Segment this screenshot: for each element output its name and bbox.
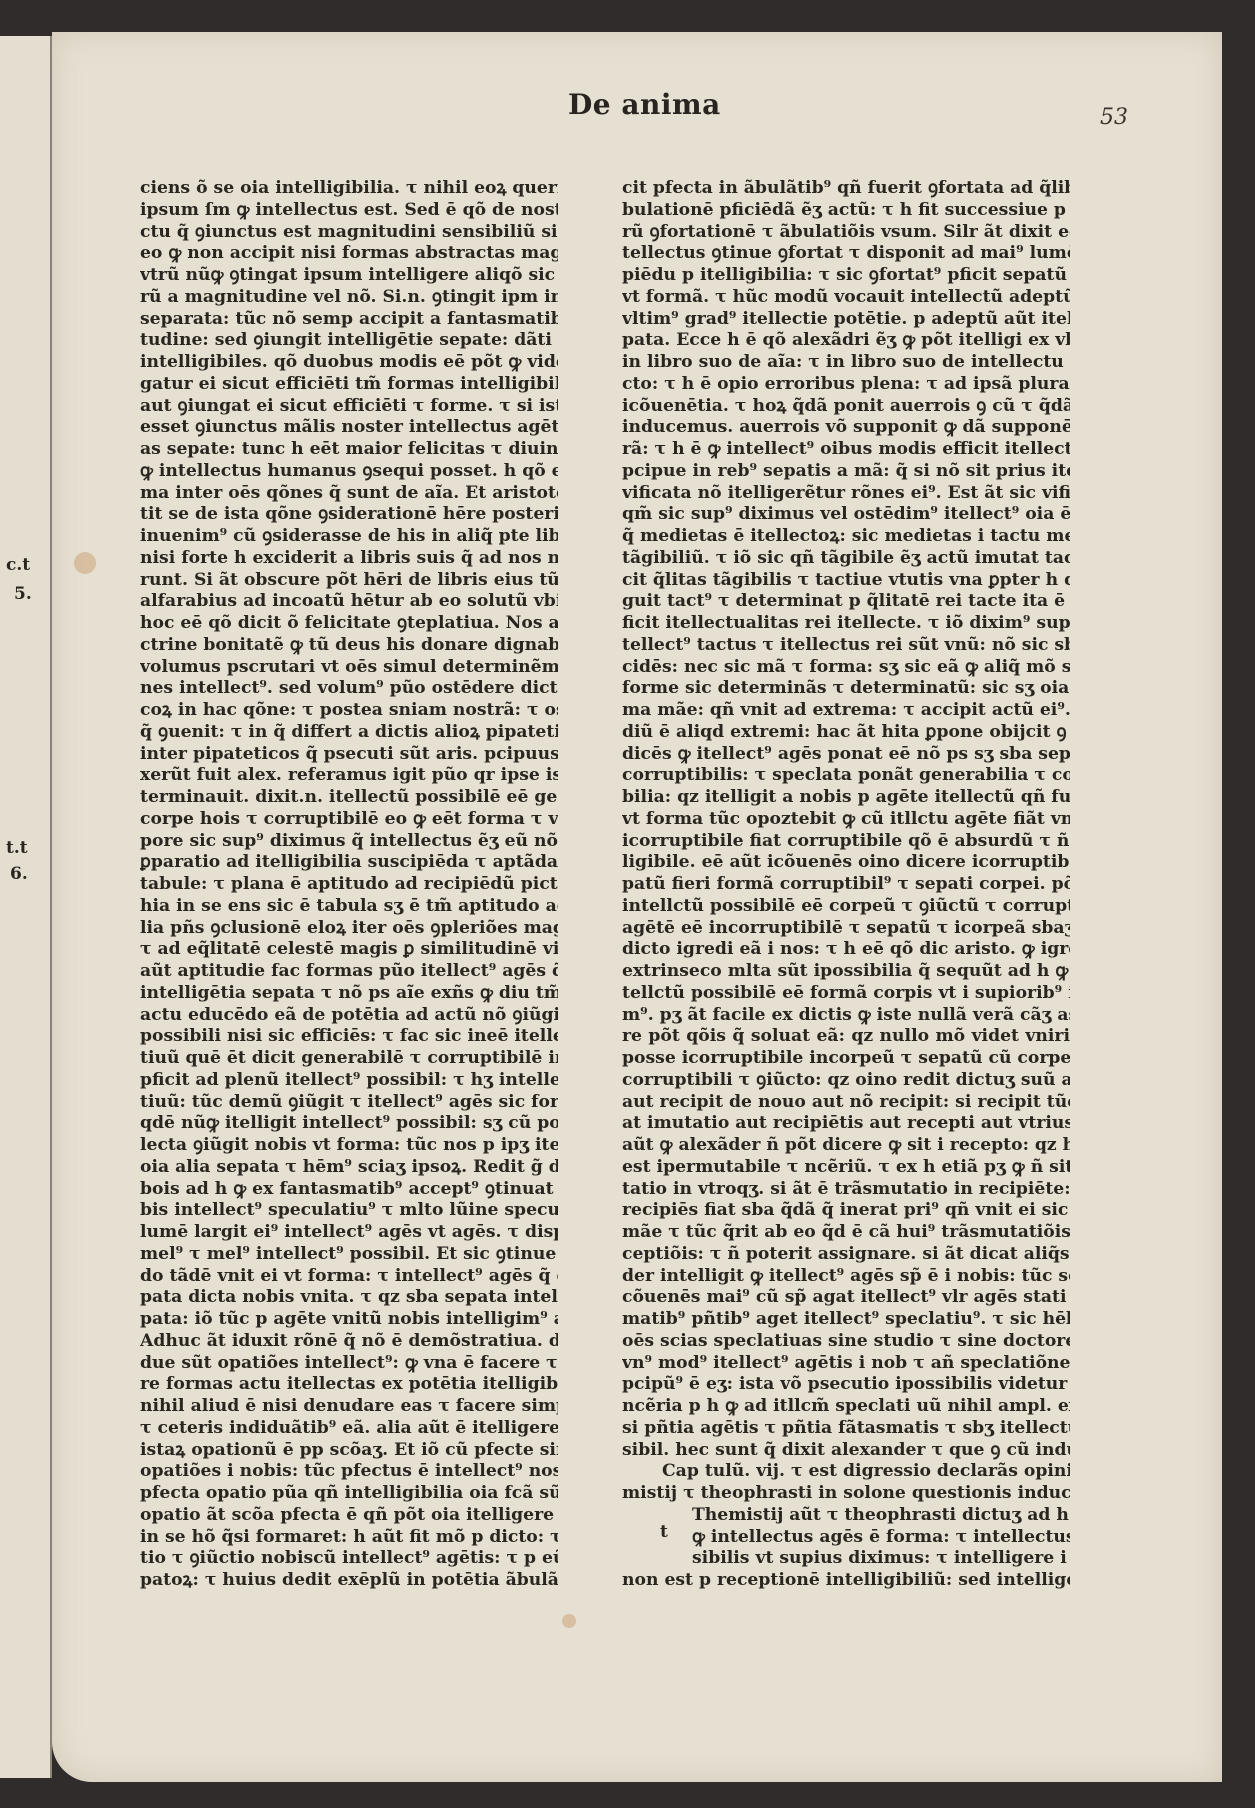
text-line: re formas actu itellectas ex potētia ite…	[140, 1374, 558, 1396]
text-line: eo ꝙ non accipit nisi formas abstractas …	[140, 243, 558, 265]
text-line: gatur ei sicut efficiēti tm̃ formas inte…	[140, 374, 558, 396]
text-line: vltim⁹ grad⁹ itellectie potētie. p adept…	[622, 309, 1070, 331]
text-line: intelligibiles. qõ duobus modis eē põt ꝙ…	[140, 352, 558, 374]
text-line: tellect⁹ tactus τ itellectus rei sũt vnũ…	[622, 635, 1070, 657]
text-line: aũt ꝙ alexãder ñ põt dicere ꝙ sit i rece…	[622, 1135, 1070, 1157]
text-line: piēdu p itelligibilia: τ sic ꝯfortat⁹ pf…	[622, 265, 1070, 287]
text-line: patũ fieri formã corruptibil⁹ τ sepati c…	[622, 874, 1070, 896]
text-line: opatio ãt scõa pfecta ē qñ põt oia itell…	[140, 1505, 558, 1527]
text-line: matib⁹ pñtib⁹ aget itellect⁹ speclatiu⁹.…	[622, 1309, 1070, 1331]
text-line: qdē nũꝙ itelligit intellect⁹ possibil: s…	[140, 1113, 558, 1135]
foxing-stain	[74, 552, 96, 574]
text-line: dicēs ꝙ itellect⁹ agēs ponat eē nõ ps sʒ…	[622, 744, 1070, 766]
marginal-note: 5.	[14, 584, 32, 604]
text-line: nisi forte h exciderit a libris suis q̃ …	[140, 548, 558, 570]
text-line: do tãdē vnit ei vt forma: τ intellect⁹ a…	[140, 1266, 558, 1288]
text-line: pata dicta nobis vnita. τ qz sba sepata …	[140, 1287, 558, 1309]
text-line: lecta ꝯiũgit nobis vt forma: tũc nos p i…	[140, 1135, 558, 1157]
text-line: due sũt opatiões intellect⁹: ꝙ vna ē fac…	[140, 1353, 558, 1375]
text-line: q̃ medietas ē itellectoꝝ: sic medietas i…	[622, 526, 1070, 548]
text-line: cõuenēs mai⁹ cũ sp̃ agat itellect⁹ vlr a…	[622, 1287, 1070, 1309]
text-line: patoꝝ: τ huius dedit exēplũ in potētia ã…	[140, 1570, 558, 1592]
text-line: vt forma tũc opoztebit ꝙ cũ itllctu agēt…	[622, 809, 1070, 831]
text-line: vtrũ nũꝙ ꝯtingat ipsum intelligere aliqõ…	[140, 265, 558, 287]
text-line: recipiēs fiat sba q̃dã q̃ inerat pri⁹ qñ…	[622, 1200, 1070, 1222]
text-line: ctu q̃ ꝯiunctus est magnitudini sensibil…	[140, 222, 558, 244]
text-line: inducemus. auerrois võ supponit ꝙ dã sup…	[622, 417, 1070, 439]
text-line: ꝙ intellectus agēs ē forma: τ intellectu…	[622, 1527, 1070, 1549]
text-line: tiuũ: tũc demũ ꝯiũgit τ itellect⁹ agēs s…	[140, 1092, 558, 1114]
running-head: De anima	[568, 88, 721, 121]
text-line: vificata nõ itelligerẽtur rõnes ei⁹. Est…	[622, 483, 1070, 505]
text-line: Adhuc ãt iduxit rõnē q̃ nõ ē demõstratiu…	[140, 1331, 558, 1353]
text-line: intellctũ possibilē eē corpeũ τ ꝯiũctũ τ…	[622, 896, 1070, 918]
text-line: ctrine bonitatẽ ꝙ tũ deus his donare dig…	[140, 635, 558, 657]
text-line: tio τ ꝯiũctio nobiscũ intellect⁹ agētis:…	[140, 1548, 558, 1570]
text-line: terminauit. dixit.n. itellectũ possibilē…	[140, 787, 558, 809]
text-line: lumē largit ei⁹ intellect⁹ agēs vt agēs.…	[140, 1222, 558, 1244]
text-line: ꝑparatio ad itelligibilia suscipiēda τ a…	[140, 852, 558, 874]
text-line: tãgibiliũ. τ iõ sic qñ tãgibile ẽʒ actũ …	[622, 548, 1070, 570]
text-line: vt formã. τ hũc modũ vocauit intellectũ …	[622, 287, 1070, 309]
text-line: mãe τ tũc q̃rit ab eo q̃d ē cã hui⁹ trãs…	[622, 1222, 1070, 1244]
text-line: istaꝝ opationũ ē pp scõaʒ. Et iõ cũ pfec…	[140, 1440, 558, 1462]
text-line: at imutatio aut recipiētis aut recepti a…	[622, 1113, 1070, 1135]
text-line: si pñtia agētis τ pñtia fãtasmatis τ sbʒ…	[622, 1418, 1070, 1440]
text-line: cit pfecta in ãbulãtib⁹ qñ fuerit ꝯforta…	[622, 178, 1070, 200]
text-line: mistij τ theophrasti in solone questioni…	[622, 1483, 1070, 1505]
text-line: alfarabius ad incoatũ hētur ab eo solutũ…	[140, 591, 558, 613]
left-text-column: ciens õ se oia intelligibilia. τ nihil e…	[140, 178, 558, 1592]
text-line: tellctũ possibilē eē formã corpis vt i s…	[622, 983, 1070, 1005]
text-line: pata. Ecce h ē qõ alexãdri ẽʒ ꝙ põt itel…	[622, 330, 1070, 352]
text-line: ncẽria p h ꝙ ad itllcm̃ speclati uũ nihi…	[622, 1396, 1070, 1418]
text-line: oia alia sepata τ hēm⁹ sciaʒ ipsoꝝ. Redi…	[140, 1157, 558, 1179]
text-line: pcipũ⁹ ē eʒ: ista võ psecutio ipossibili…	[622, 1374, 1070, 1396]
text-line: ficit itellectualitas rei itellecte. τ i…	[622, 613, 1070, 635]
text-line: sibil. hec sunt q̃ dixit alexander τ que…	[622, 1440, 1070, 1462]
text-line: rũ a magnitudine vel nõ. Si.n. ꝯtingit i…	[140, 287, 558, 309]
marginal-note: t.t	[6, 838, 28, 858]
text-line: guit tact⁹ τ determinat p q̃litatē rei t…	[622, 591, 1070, 613]
text-line: nes intellect⁹. sed volum⁹ pũo ostēdere …	[140, 678, 558, 700]
text-line: tellectus ꝯtinue ꝯfortat τ disponit ad m…	[622, 243, 1070, 265]
text-line: corpe hois τ corruptibilē eo ꝙ eēt forma…	[140, 809, 558, 831]
text-line: actu educēdo eã de potētia ad actũ nõ ꝯi…	[140, 1005, 558, 1027]
text-line: re põt qõis q̃ soluat eã: qz nullo mõ vi…	[622, 1026, 1070, 1048]
text-line: ma inter oēs qõnes q̃ sunt de aĩa. Et ar…	[140, 483, 558, 505]
text-line: pficit ad plenũ itellect⁹ possibil: τ hʒ…	[140, 1070, 558, 1092]
text-line: opatiões i nobis: tũc pfectus ē intellec…	[140, 1461, 558, 1483]
text-line: Themistij aũt τ theophrasti dictuʒ ad h …	[622, 1505, 1070, 1527]
text-line: tudine: sed ꝯiungit intelligētie sepate:…	[140, 330, 558, 352]
text-line: ipsum ſm ꝙ intellectus est. Sed ē qõ de …	[140, 200, 558, 222]
text-line: non est p receptionē intelligibiliũ: sed…	[622, 1570, 1070, 1592]
text-line: icorruptibile fiat corruptibile qõ ē abs…	[622, 831, 1070, 853]
text-line: runt. Si ãt obscure põt hēri de libris e…	[140, 570, 558, 592]
text-line: aut ꝯiungat ei sicut efficiēti τ forme. …	[140, 396, 558, 418]
text-line: forme sic determinãs τ determinatũ: sic …	[622, 678, 1070, 700]
text-line: posse icorruptibile incorpeũ τ sepatũ cũ…	[622, 1048, 1070, 1070]
text-line: pata: iõ tũc p agēte vnitũ nobis intelli…	[140, 1309, 558, 1331]
text-line: cto: τ h ē opio erroribus plena: τ ad ip…	[622, 374, 1070, 396]
folio-number: 53	[1100, 105, 1128, 130]
facing-page-edge	[0, 36, 52, 1778]
text-line: dicto igredi eã i nos: τ h eē qõ dic ari…	[622, 939, 1070, 961]
marginal-note: t	[660, 1522, 668, 1542]
text-line: pfecta opatio pũa qñ intelligibilia oia …	[140, 1483, 558, 1505]
text-line: vn⁹ mod⁹ itellect⁹ agētis i nob τ añ spe…	[622, 1353, 1070, 1375]
text-line: possibili nisi sic efficiēs: τ fac sic i…	[140, 1026, 558, 1048]
text-line: oēs scias speclatiuas sine studio τ sine…	[622, 1331, 1070, 1353]
text-line: ꝙ intellectus humanus ꝯsequi posset. h q…	[140, 461, 558, 483]
text-line: diũ ē aliqd extremi: hac ãt hita ꝑpone o…	[622, 722, 1070, 744]
text-line: extrinseco mlta sũt ipossibilia q̃ sequũ…	[622, 961, 1070, 983]
text-line: tabule: τ plana ē aptitudo ad recipiēdũ …	[140, 874, 558, 896]
text-line: aut recipit de nouo aut nõ recipit: si r…	[622, 1092, 1070, 1114]
text-line: ceptiõis: τ ñ poterit assignare. si ãt d…	[622, 1244, 1070, 1266]
right-text-column: cit pfecta in ãbulãtib⁹ qñ fuerit ꝯforta…	[622, 178, 1070, 1592]
text-line: pore sic sup⁹ diximus q̃ intellectus ẽʒ …	[140, 831, 558, 853]
text-line: bilia: qz itelligit a nobis p agēte itel…	[622, 787, 1070, 809]
marginal-note: 6.	[10, 864, 28, 884]
text-line: qm̃ sic sup⁹ diximus vel ostēdim⁹ itelle…	[622, 504, 1070, 526]
text-line: tiuũ quē ēt dicit generabilē τ corruptib…	[140, 1048, 558, 1070]
text-line: xerũt fuit alex. referamus igit pũo qr i…	[140, 765, 558, 787]
text-line: tit se de ista qõne ꝯsiderationē hēre po…	[140, 504, 558, 526]
text-line: rã: τ h ē ꝙ intellect⁹ oibus modis effic…	[622, 439, 1070, 461]
text-line: separata: tũc nõ semp accipit a fantasma…	[140, 309, 558, 331]
text-line: corruptibili τ ꝯiũcto: qz oino redit dic…	[622, 1070, 1070, 1092]
text-line: τ ad eq̃litatē celestē magis ꝑ similitud…	[140, 939, 558, 961]
text-line: hia in se ens sic ē tabula sʒ ē tm̃ apti…	[140, 896, 558, 918]
text-line: esset ꝯiunctus mãlis noster intellectus …	[140, 417, 558, 439]
text-line: mel⁹ τ mel⁹ intellect⁹ possibil. Et sic …	[140, 1244, 558, 1266]
text-line: aũt aptitudie fac formas pũo itellect⁹ a…	[140, 961, 558, 983]
text-line: intelligētia sepata τ nõ ps aĩe exñs ꝙ d…	[140, 983, 558, 1005]
text-line: in se hõ q̃si formaret: h aũt fit mõ p d…	[140, 1527, 558, 1549]
text-line: icõuenētia. τ hoꝝ q̃dã ponit auerrois ꝯ …	[622, 396, 1070, 418]
text-line: est ipermutabile τ ncẽriũ. τ ex h etiã p…	[622, 1157, 1070, 1179]
text-line: m⁹. pʒ ãt facile ex dictis ꝙ iste nullã …	[622, 1005, 1070, 1027]
text-line: hoc eē qõ dicit õ felicitate ꝯteplatiua.…	[140, 613, 558, 635]
foxing-stain	[562, 1614, 576, 1628]
chapter-heading-line: Cap tulũ. vij. τ est digressio declarãs …	[622, 1461, 1070, 1483]
text-line: der intelligit ꝙ itellect⁹ agēs sp̃ ē i …	[622, 1266, 1070, 1288]
text-line: agētē eē incorruptibilē τ sepatũ τ icorp…	[622, 918, 1070, 940]
text-line: cit q̃litas tãgibilis τ tactiue vtutis v…	[622, 570, 1070, 592]
text-line: bis intellect⁹ speculatiu⁹ τ mlto lũine …	[140, 1200, 558, 1222]
text-line: inter pipateticos q̃ psecuti sũt aris. p…	[140, 744, 558, 766]
text-line: corruptibilis: τ speclata ponãt generabi…	[622, 765, 1070, 787]
text-line: coꝝ in hac qõne: τ postea sniam nostrã: …	[140, 700, 558, 722]
text-line: lia pñs ꝯclusionē eloꝝ iter oēs ꝯpleriõe…	[140, 918, 558, 940]
text-line: in libro suo de aĩa: τ in libro suo de i…	[622, 352, 1070, 374]
text-line: cidēs: nec sic mã τ forma: sʒ sic eã ꝙ a…	[622, 657, 1070, 679]
text-line: rũ ꝯfortationē τ ãbulatiõis vsum. Silr ã…	[622, 222, 1070, 244]
text-line: as sepate: tunc h eēt maior felicitas τ …	[140, 439, 558, 461]
text-line: bulationē pficiēdã ẽʒ actũ: τ h fit succ…	[622, 200, 1070, 222]
text-line: inuenim⁹ cũ ꝯsiderasse de his in aliq̃ p…	[140, 526, 558, 548]
text-line: sibilis vt supius diximus: τ intelligere…	[622, 1548, 1070, 1570]
text-line: ma mãe: qñ vnit ad extrema: τ accipit ac…	[622, 700, 1070, 722]
text-line: bois ad h ꝙ ex fantasmatib⁹ accept⁹ ꝯtin…	[140, 1179, 558, 1201]
text-line: ciens õ se oia intelligibilia. τ nihil e…	[140, 178, 558, 200]
text-line: pcipue in reb⁹ sepatis a mã: q̃ si nõ si…	[622, 461, 1070, 483]
text-line: ligibile. eē aũt icõuenēs oino dicere ic…	[622, 852, 1070, 874]
text-line: tatio in vtroqʒ. si ãt ē trãsmutatio in …	[622, 1179, 1070, 1201]
text-line: volumus pscrutari vt oēs simul determinẽ…	[140, 657, 558, 679]
text-line: q̃ ꝯuenit: τ in q̃ differt a dictis alio…	[140, 722, 558, 744]
marginal-note: c.t	[6, 555, 30, 575]
text-line: nihil aliud ē nisi denudare eas τ facere…	[140, 1396, 558, 1418]
text-line: τ ceteris indiduãtib⁹ eã. alia aũt ē ite…	[140, 1418, 558, 1440]
